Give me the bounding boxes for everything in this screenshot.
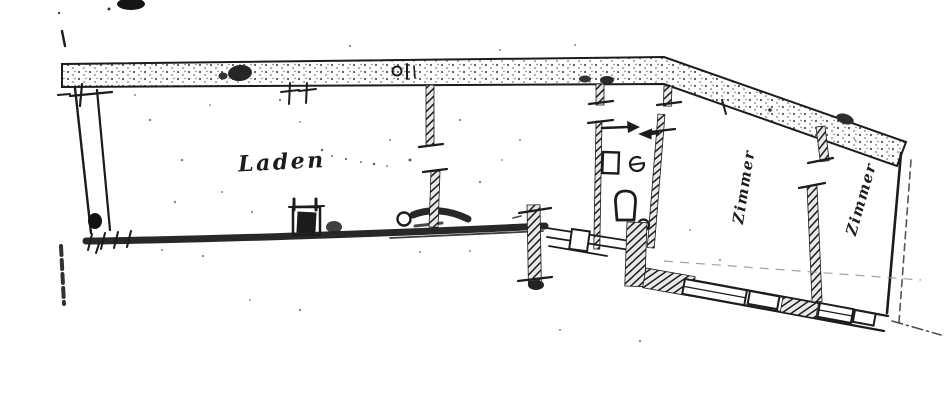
scanned-floor-plan-sheet: Laden bbox=[0, 0, 948, 400]
right-wall-dashed-line bbox=[899, 160, 911, 322]
door-pivot-dot bbox=[88, 213, 102, 229]
door-smudge bbox=[413, 211, 468, 219]
toilet-icon bbox=[615, 191, 635, 220]
wc-left-wall bbox=[594, 121, 602, 249]
window-symbols bbox=[682, 279, 875, 326]
door-knob-circle bbox=[398, 213, 411, 226]
stove-icon bbox=[289, 199, 342, 235]
top-wall bbox=[62, 57, 906, 166]
wc-symbol-icon bbox=[630, 157, 644, 171]
zimmer-left-label: Zimmer bbox=[729, 148, 759, 226]
partition-lower bbox=[429, 171, 440, 227]
corner-dash-dot bbox=[892, 321, 941, 335]
door-arrow-left-icon bbox=[638, 129, 658, 140]
steps-left-wall bbox=[527, 205, 541, 285]
partition-upper bbox=[426, 85, 434, 145]
door-arrow-right-icon bbox=[602, 121, 640, 133]
laden-room: Laden bbox=[86, 85, 545, 253]
faint-dashed-line bbox=[664, 261, 921, 280]
left-wall-inner bbox=[97, 90, 110, 230]
sink-icon bbox=[602, 152, 619, 174]
entry-steps-area bbox=[518, 205, 695, 297]
steps-door bbox=[569, 229, 590, 251]
laden-room-label: Laden bbox=[236, 147, 326, 178]
zimmer-partition-lower bbox=[807, 186, 822, 302]
left-wall bbox=[75, 88, 91, 233]
right-wall bbox=[887, 153, 901, 313]
floor-plan-drawing: Laden bbox=[0, 0, 948, 400]
steps-right-wall bbox=[625, 222, 647, 287]
zimmer-right-label: Zimmer bbox=[842, 161, 880, 239]
